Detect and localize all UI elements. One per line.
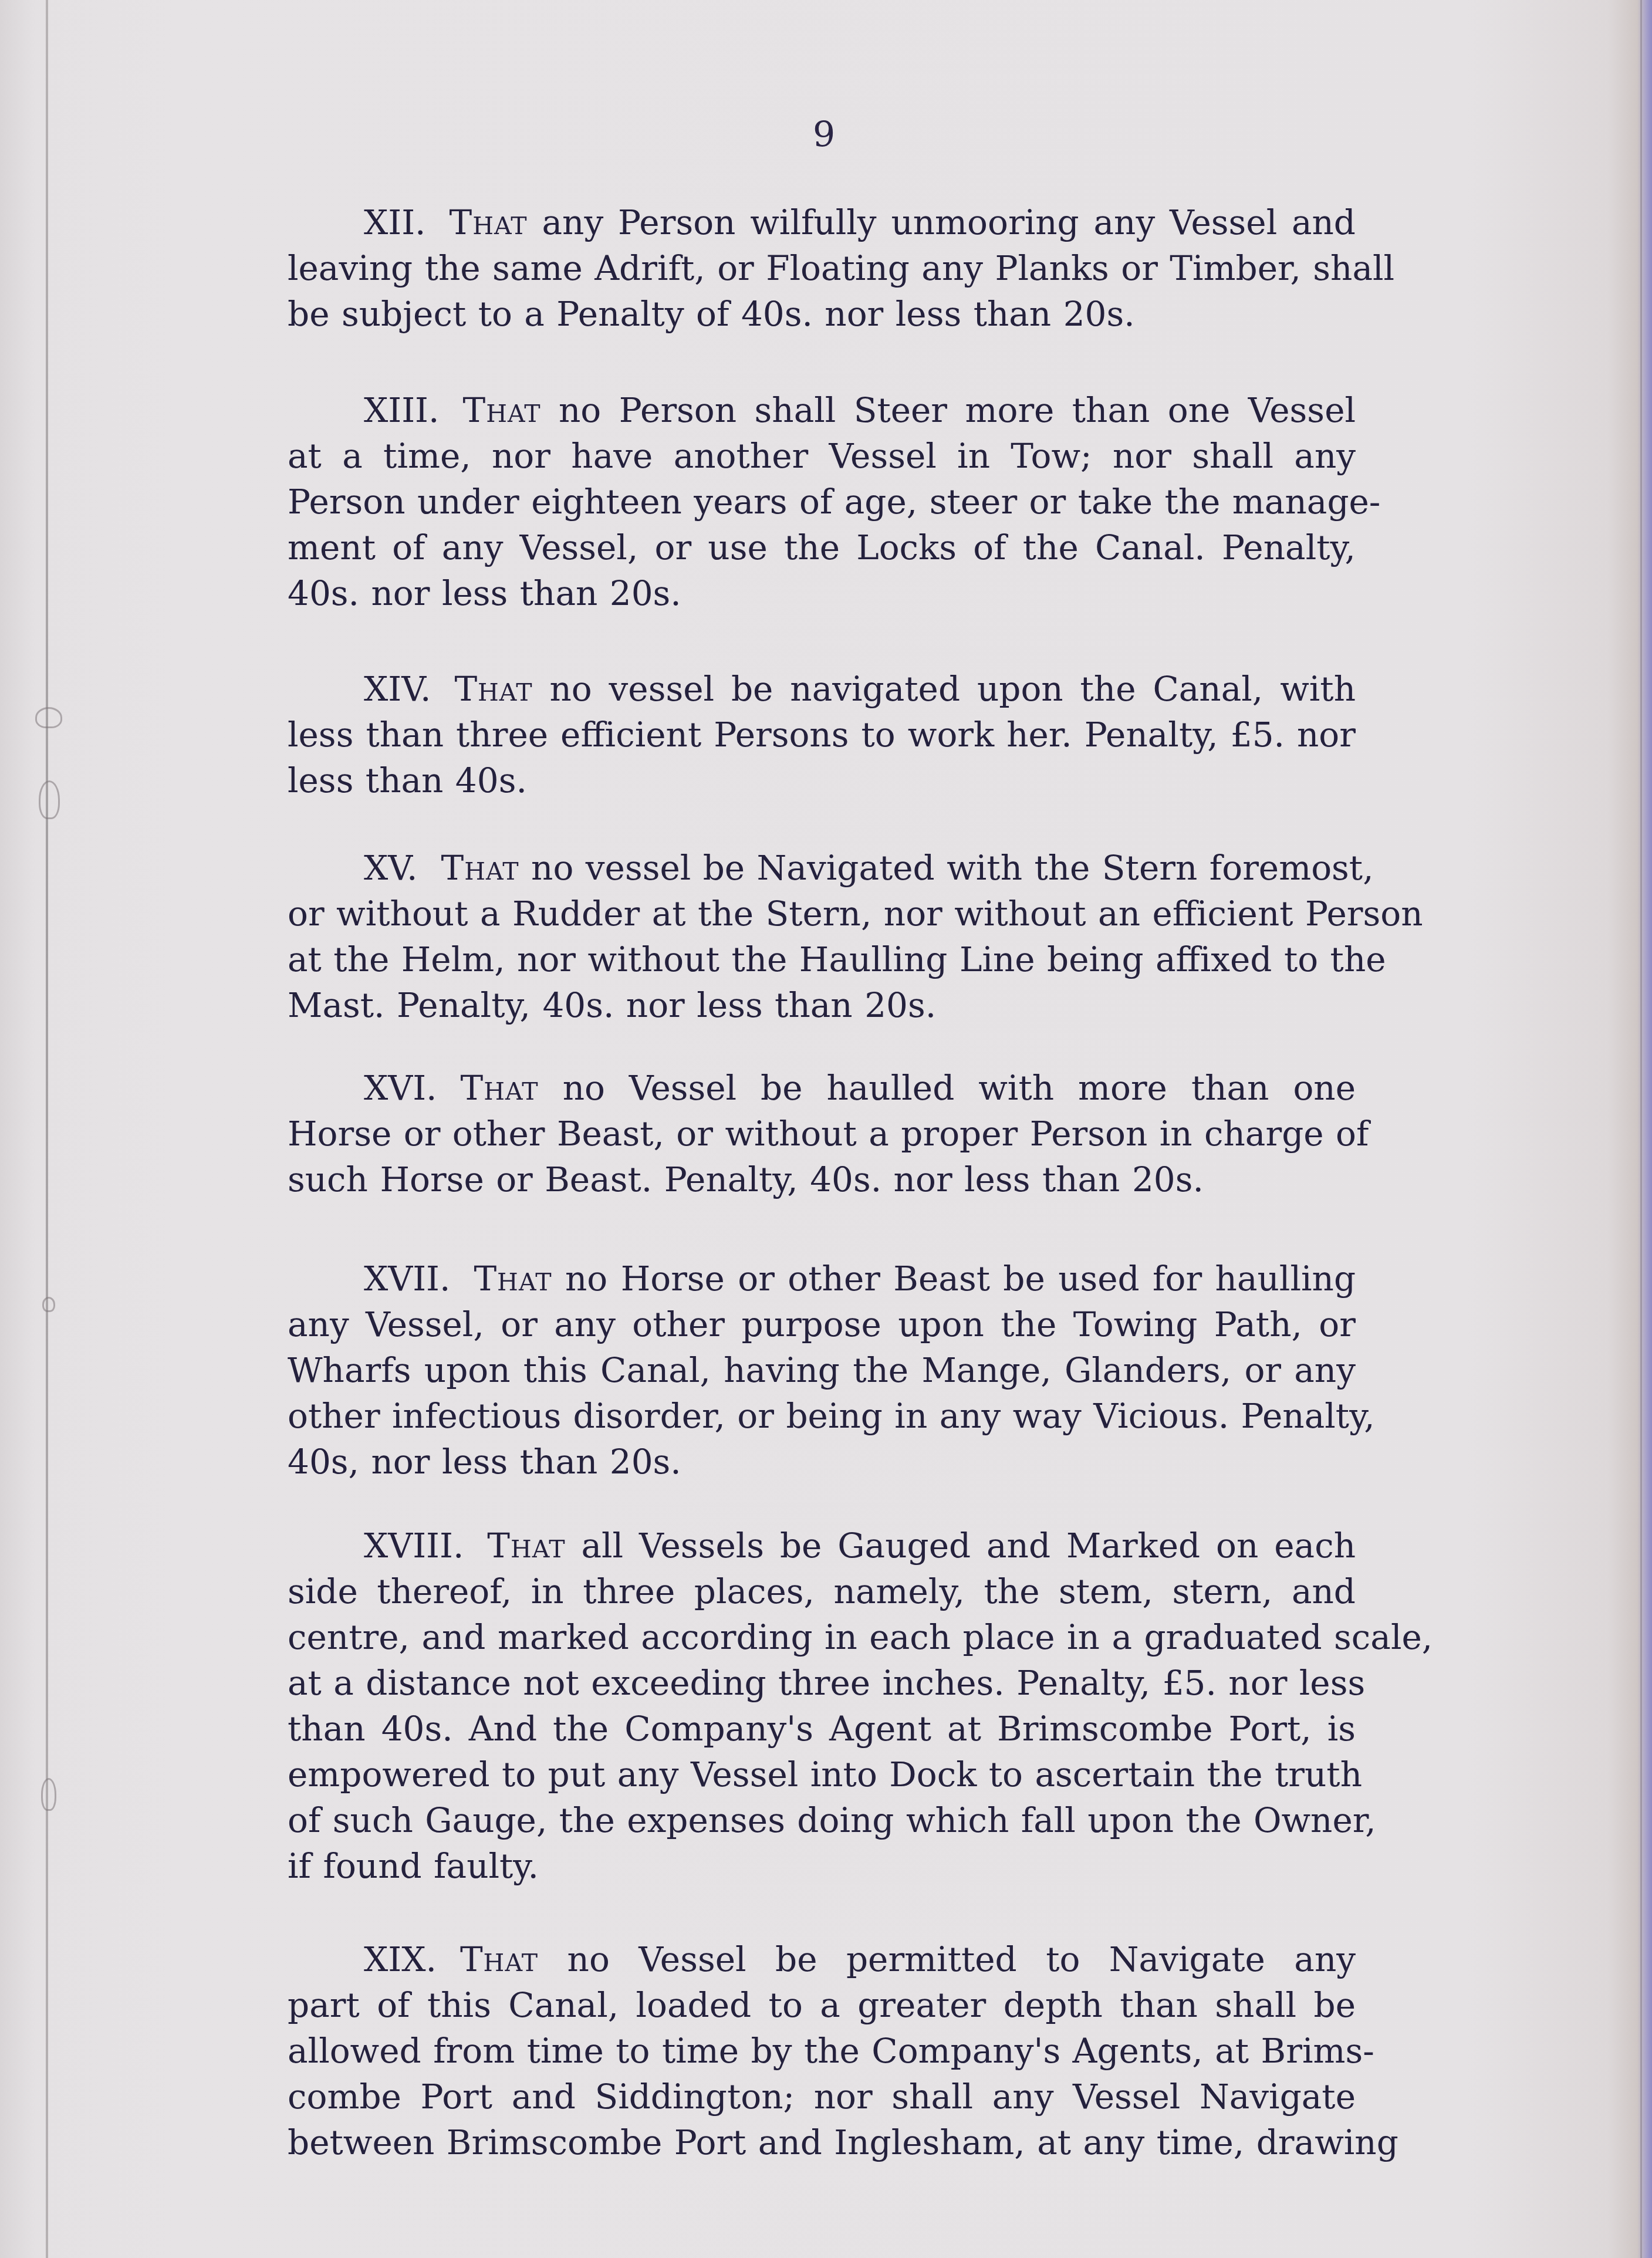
article-xvii: XVII.That no Horse or other Beast be use…	[288, 1256, 1356, 1485]
page-number: 9	[813, 114, 835, 156]
article-line: no vessel be Navigated with the Stern fo…	[531, 848, 1374, 888]
article-line: side thereof, in three places, namely, t…	[288, 1569, 1356, 1614]
article-line: at a distance not exceeding three inches…	[288, 1660, 1356, 1706]
article-line: leaving the same Adrift, or Floating any…	[288, 245, 1356, 291]
article-numeral: XIII.	[364, 390, 439, 430]
article-lead-word: That	[460, 1939, 538, 1979]
article-lead-word: That	[450, 202, 528, 242]
article-xix: XIX.That no Vessel be permitted to Navig…	[288, 1936, 1356, 2165]
article-xiii: XIII.That no Person shall Steer more tha…	[288, 387, 1356, 616]
article-line: part of this Canal, loaded to a greater …	[288, 1982, 1356, 2028]
article-lead-word: That	[487, 1526, 565, 1566]
binding-spine	[46, 0, 48, 2258]
article-line: or without a Rudder at the Stern, nor wi…	[288, 891, 1356, 937]
article-xiv: XIV.That no vessel be navigated upon the…	[288, 666, 1356, 803]
article-line: all Vessels be Gauged and Marked on each	[581, 1526, 1356, 1566]
article-lead-word: That	[441, 848, 519, 888]
book-page: 9 XII.That any Person wilfully unmooring…	[0, 0, 1652, 2258]
article-line: 40s, nor less than 20s.	[288, 1439, 1356, 1485]
article-line: of such Gauge, the expenses doing which …	[288, 1797, 1356, 1843]
article-line: no Horse or other Beast be used for haul…	[565, 1259, 1356, 1299]
article-line: empowered to put any Vessel into Dock to…	[288, 1752, 1356, 1797]
article-line: at the Helm, nor without the Haulling Li…	[288, 937, 1356, 982]
article-xv: XV.That no vessel be Navigated with the …	[288, 845, 1356, 1028]
article-line: any Person wilfully unmooring any Vessel…	[542, 202, 1356, 242]
article-line: centre, and marked according in each pla…	[288, 1614, 1356, 1660]
article-line: than 40s. And the Company's Agent at Bri…	[288, 1706, 1356, 1752]
article-line: Horse or other Beast, or without a prope…	[288, 1111, 1356, 1157]
binding-stitch	[39, 780, 60, 819]
article-xviii: XVIII.That all Vessels be Gauged and Mar…	[288, 1523, 1356, 1889]
article-line: if found faulty.	[288, 1843, 1356, 1889]
article-lead-word: That	[461, 1068, 539, 1108]
article-numeral: XVIII.	[364, 1526, 464, 1566]
article-line: no Vessel be haulled with more than one	[563, 1068, 1356, 1108]
article-line: Mast. Penalty, 40s. nor less than 20s.	[288, 982, 1356, 1028]
article-line: allowed from time to time by the Company…	[288, 2028, 1356, 2074]
article-line: no Vessel be permitted to Navigate any	[567, 1939, 1356, 1979]
article-numeral: XII.	[364, 202, 426, 242]
binding-stitch	[35, 707, 62, 728]
article-line: between Brimscombe Port and Inglesham, a…	[288, 2120, 1356, 2165]
article-numeral: XV.	[364, 848, 417, 888]
article-line: at a time, nor have another Vessel in To…	[288, 433, 1356, 479]
article-line: no Person shall Steer more than one Vess…	[559, 390, 1356, 430]
article-line: such Horse or Beast. Penalty, 40s. nor l…	[288, 1157, 1356, 1202]
article-line: ment of any Vessel, or use the Locks of …	[288, 525, 1356, 570]
article-lead-word: That	[462, 390, 540, 430]
article-line: any Vessel, or any other purpose upon th…	[288, 1302, 1356, 1347]
article-line: 40s. nor less than 20s.	[288, 570, 1356, 616]
binding-stitch	[42, 1297, 55, 1312]
article-numeral: XIX.	[364, 1939, 437, 1979]
article-line: no vessel be navigated upon the Canal, w…	[549, 669, 1356, 709]
article-line: be subject to a Penalty of 40s. nor less…	[288, 291, 1356, 337]
article-line: combe Port and Siddington; nor shall any…	[288, 2074, 1356, 2120]
article-numeral: XVII.	[364, 1259, 450, 1299]
article-line: Wharfs upon this Canal, having the Mange…	[288, 1347, 1356, 1393]
article-xii: XII.That any Person wilfully unmooring a…	[288, 200, 1356, 337]
article-xvi: XVI.That no Vessel be haulled with more …	[288, 1065, 1356, 1202]
binding-stitch	[41, 1778, 56, 1811]
article-numeral: XVI.	[364, 1068, 437, 1108]
article-lead-word: That	[474, 1259, 552, 1299]
article-line: Person under eighteen years of age, stee…	[288, 479, 1356, 525]
page-edge	[1640, 0, 1642, 2258]
article-line: less than three efficient Persons to wor…	[288, 712, 1356, 758]
article-line: other infectious disorder, or being in a…	[288, 1393, 1356, 1439]
article-lead-word: That	[454, 669, 532, 709]
article-numeral: XIV.	[364, 669, 431, 709]
article-line: less than 40s.	[288, 758, 1356, 803]
